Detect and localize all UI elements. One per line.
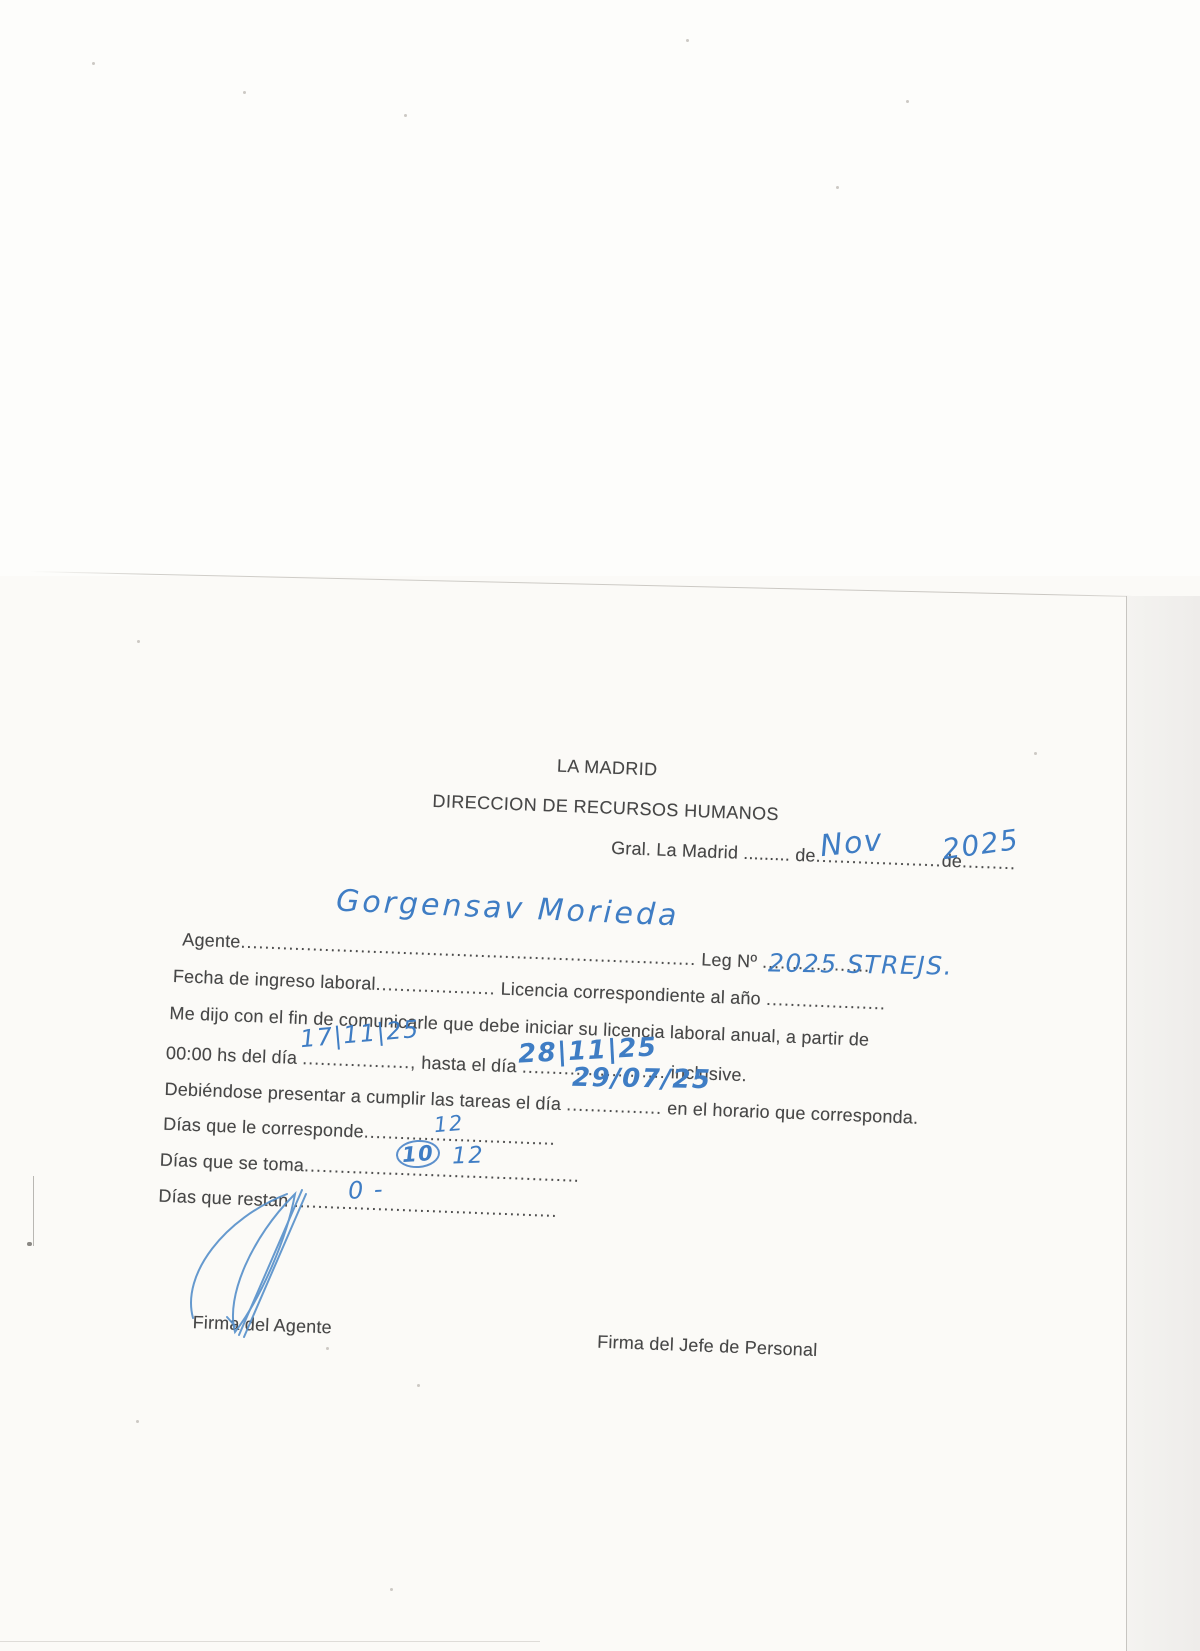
from-day-label: 00:00 hs del día — [166, 1043, 298, 1068]
leg-number-label: Leg Nº — [701, 949, 758, 971]
ingreso-label: Fecha de ingreso laboral — [173, 966, 377, 994]
scan-artifact-dot — [27, 1242, 32, 1246]
scan-speck — [390, 1588, 393, 1591]
agent-label: Agente — [182, 929, 241, 951]
days-toma-dots: ........................................… — [304, 1155, 581, 1186]
page-right-edge — [1126, 596, 1127, 1651]
handwritten-days-toma-scratched: 10 — [395, 1138, 441, 1169]
licencia-year-dots: .................... — [766, 989, 887, 1014]
to-day-label: hasta el día — [421, 1053, 517, 1077]
return-day-label: Debiéndose presentar a cumplir las tarea… — [164, 1079, 561, 1114]
scan-speck — [137, 640, 140, 643]
scanned-document: LA MADRID DIRECCION DE RECURSOS HUMANOS … — [0, 0, 1200, 1651]
from-day-dots: .................., — [302, 1048, 417, 1072]
signature-loop — [233, 1194, 295, 1332]
handwritten-licencia-year: 2025 STREJS. — [768, 948, 954, 980]
page-bottom-edge — [0, 1641, 540, 1642]
signature-stroke — [239, 1190, 302, 1335]
scan-speck — [243, 91, 246, 94]
horario-label: en el horario que corresponda. — [667, 1098, 919, 1128]
scan-speck — [1034, 752, 1037, 755]
days-toma-label: Días que se toma — [160, 1150, 305, 1176]
licencia-label: Licencia correspondiente al año — [500, 979, 761, 1009]
scan-artifact-line — [33, 1176, 34, 1246]
agent-dots: ........................................… — [240, 932, 697, 969]
scan-speck — [906, 100, 909, 103]
handwritten-days-corresponde: 12 — [433, 1111, 465, 1138]
scan-right-margin — [1127, 596, 1200, 1651]
scan-speck — [404, 114, 407, 117]
handwritten-month: Nov — [818, 823, 884, 864]
signature-chief-label: Firma del Jefe de Personal — [597, 1332, 818, 1361]
days-corresponde-label: Días que le corresponde — [163, 1114, 364, 1142]
handwritten-return-date: 29/07/25 — [572, 1063, 712, 1095]
scan-speck — [836, 186, 839, 189]
days-corresponde-line: Días que le corresponde.................… — [163, 1114, 556, 1150]
handwritten-days-toma: 12 — [452, 1142, 485, 1169]
date-line-prefix: Gral. La Madrid ......... de — [611, 838, 816, 866]
agent-signature — [175, 1188, 405, 1338]
form-content: LA MADRID DIRECCION DE RECURSOS HUMANOS … — [123, 740, 1029, 1473]
ingreso-dots: .................... — [375, 974, 496, 999]
scan-speck — [686, 39, 689, 42]
return-day-dots: ................ — [566, 1094, 663, 1118]
scan-speck — [92, 62, 95, 65]
scan-upper-sheet — [0, 0, 1200, 576]
